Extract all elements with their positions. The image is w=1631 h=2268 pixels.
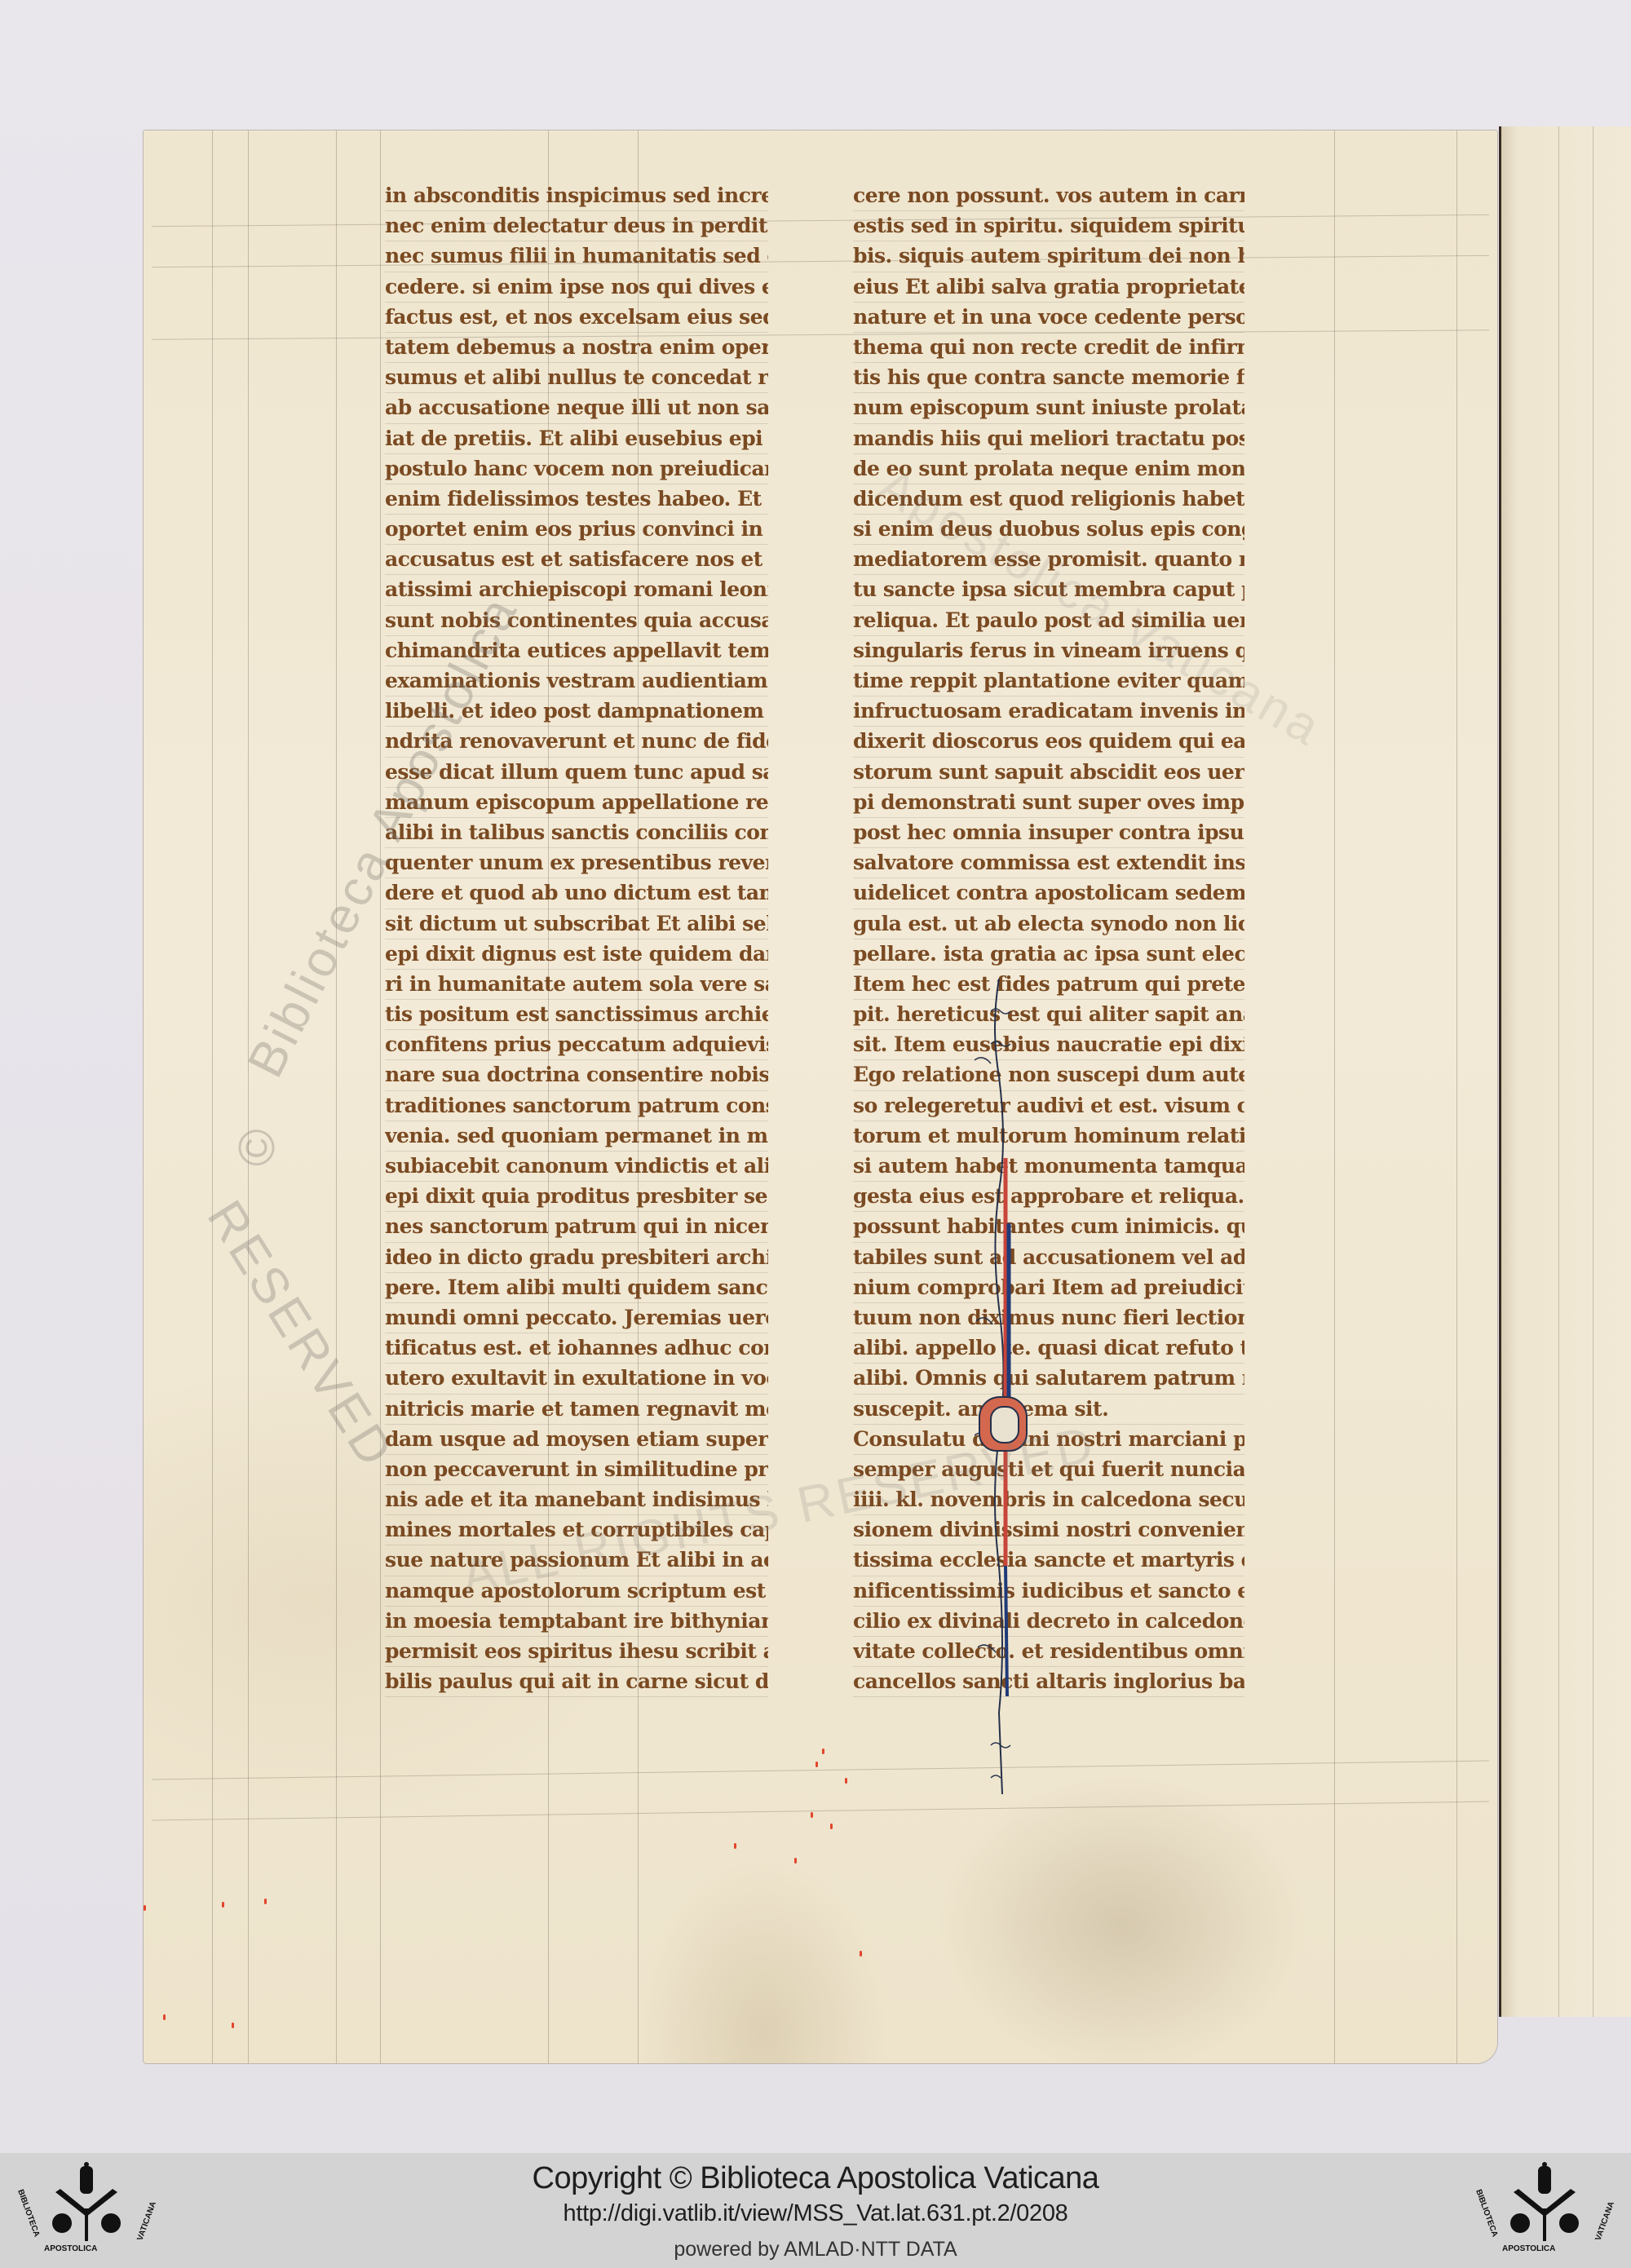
manuscript-line: confitens prius peccatum adquievisset co… bbox=[385, 1030, 768, 1060]
manuscript-line: non peccaverunt in similitudine prevaric… bbox=[385, 1455, 768, 1485]
manuscript-line: tissima ecclesia sancte et martyris eufe… bbox=[853, 1545, 1244, 1576]
manuscript-line: utero exultavit in exultatione in voce d… bbox=[385, 1364, 768, 1394]
manuscript-line: pere. Item alibi multi quidem sanctifica… bbox=[385, 1273, 768, 1303]
manuscript-line: sumus et alibi nullus te concedat recede… bbox=[385, 363, 768, 393]
ruling-line bbox=[336, 130, 337, 2063]
manuscript-line: sit. Item eusebius naucratie epi dixit. bbox=[853, 1030, 1244, 1060]
manuscript-line: accusatus est et satisfacere nos et alib… bbox=[385, 545, 768, 575]
manuscript-line: nium comprobari Item ad preiudicium bbox=[853, 1273, 1244, 1303]
manuscript-line: nitricis marie et tamen regnavit mors ab… bbox=[385, 1395, 768, 1425]
manuscript-line: epi dixit quia proditus presbiter sequit… bbox=[385, 1182, 768, 1212]
manuscript-line: dere et quod ab uno dictum est tamquam a… bbox=[385, 878, 768, 909]
pricking-mark bbox=[734, 1843, 736, 1849]
ruling-line bbox=[152, 255, 1489, 267]
manuscript-line: oportet enim eos prius convinci in quibu… bbox=[385, 515, 768, 545]
manuscript-line: permisit eos spiritus ihesu scribit aute… bbox=[385, 1637, 768, 1667]
manuscript-line: tificatus est. et iohannes adhuc constit… bbox=[385, 1333, 768, 1364]
pricking-mark bbox=[163, 2014, 166, 2020]
manuscript-line: cedere. si enim ipse nos qui dives erat … bbox=[385, 272, 768, 303]
powered-by-text: powered by AMLAD·NTT DATA bbox=[0, 2238, 1631, 2261]
manuscript-line: post hec omnia insuper contra ipsum cust… bbox=[853, 818, 1244, 848]
manuscript-line: alibi in talibus sanctis conciliis conti… bbox=[385, 818, 768, 848]
manuscript-line: gesta eius est approbare et reliqua. Ite… bbox=[853, 1182, 1244, 1212]
manuscript-line: sionem divinissimi nostri convenientibus… bbox=[853, 1515, 1244, 1545]
manuscript-line: pi demonstrati sunt super oves imposuit … bbox=[853, 788, 1244, 818]
manuscript-line: storum sunt sapuit abscidit eos uero qui… bbox=[853, 758, 1244, 788]
manuscript-folio bbox=[144, 130, 1497, 2063]
manuscript-line: gula est. ut ab electa synodo non liceat… bbox=[853, 909, 1244, 939]
pricking-mark bbox=[232, 2023, 234, 2028]
manuscript-line: pit. hereticus est qui aliter sapit anat… bbox=[853, 1000, 1244, 1030]
manuscript-line: Ego relatione non suscepi dum autem in e… bbox=[853, 1060, 1244, 1090]
ruling-line bbox=[152, 1761, 1489, 1780]
manuscript-line: cere non possunt. vos autem in carne non bbox=[853, 181, 1244, 211]
manuscript-line: ab accusatione neque illi ut non satisfa… bbox=[385, 393, 768, 423]
manuscript-line: iat de pretiis. Et alibi eusebius epi di… bbox=[385, 424, 768, 454]
manuscript-line: eius Et alibi salva gratia proprietate u… bbox=[853, 272, 1244, 303]
manuscript-line: traditiones sanctorum patrum consequitur… bbox=[385, 1091, 768, 1121]
pricking-mark bbox=[811, 1812, 813, 1818]
manuscript-line: cilio ex divinali decreto in calcedonens… bbox=[853, 1607, 1244, 1637]
pricking-mark bbox=[815, 1762, 818, 1767]
manuscript-line: manum episcopum appellatione renovavit E… bbox=[385, 788, 768, 818]
copyright-text: Copyright © Biblioteca Apostolica Vatica… bbox=[0, 2161, 1631, 2196]
manuscript-line: sunt nobis continentes quia accusat ar bbox=[385, 606, 768, 636]
manuscript-line: venia. sed quoniam permanet in malignita… bbox=[385, 1121, 768, 1152]
manuscript-line: in absconditis inspicimus sed incrementu… bbox=[385, 181, 768, 211]
manuscript-line: vitate collecto. et residentibus omnibus… bbox=[853, 1637, 1244, 1667]
manuscript-line: nec enim delectatur deus in perditione v… bbox=[385, 211, 768, 241]
manuscript-line: nificentissimis iudicibus et sancto et u… bbox=[853, 1576, 1244, 1607]
pricking-mark bbox=[830, 1824, 833, 1829]
manuscript-line: nes sanctorum patrum qui in nicena conve… bbox=[385, 1212, 768, 1242]
manuscript-line: dam usque ad moysen etiam super eos qui bbox=[385, 1425, 768, 1455]
facing-page-edge bbox=[1499, 126, 1631, 2017]
manuscript-line: bilis paulus qui ait in carne sicut deus… bbox=[385, 1667, 768, 1697]
pen-flourish-border-icon bbox=[975, 979, 1015, 1794]
manuscript-line: sit dictum ut subscribat Et alibi seleuc… bbox=[385, 909, 768, 939]
manuscript-line: nare sua doctrina consentire nobis seque… bbox=[385, 1060, 768, 1090]
manuscript-line: Item hec est fides patrum qui preter ist… bbox=[853, 970, 1244, 1000]
ruling-line bbox=[152, 1802, 1489, 1821]
ruling-line bbox=[1456, 130, 1457, 2063]
manuscript-line: postulo hanc vocem non preiudicare. ego bbox=[385, 454, 768, 484]
manuscript-line: infructuosam eradicatam invenis inno bbox=[853, 696, 1244, 727]
manuscript-line: si autem habet monumenta tamquam appetit… bbox=[853, 1152, 1244, 1182]
ruling-line bbox=[1558, 126, 1559, 2017]
ruling-line bbox=[1593, 126, 1593, 2017]
manuscript-line: in moesia temptabant ire bithyniam et no… bbox=[385, 1607, 768, 1637]
manuscript-line: epi dixit dignus est iste quidem dampna bbox=[385, 939, 768, 970]
pricking-mark bbox=[144, 1905, 146, 1911]
pricking-mark bbox=[264, 1899, 267, 1904]
manuscript-line: alibi. Omnis qui salutarem patrum non bbox=[853, 1364, 1244, 1394]
manuscript-line: pellare. ista gratia ac ipsa sunt electi… bbox=[853, 939, 1244, 970]
pricking-mark bbox=[794, 1858, 797, 1863]
manuscript-line: alibi. appello te. quasi dicat refuto te… bbox=[853, 1333, 1244, 1364]
manuscript-line: salvatore commissa est extendit insaniam bbox=[853, 848, 1244, 878]
manuscript-line: quenter unum ex presentibus reverentissi… bbox=[385, 848, 768, 878]
manuscript-line: mundi omni peccato. Jeremias uero ex ute… bbox=[385, 1303, 768, 1333]
source-url[interactable]: http://digi.vatlib.it/view/MSS_Vat.lat.6… bbox=[0, 2200, 1631, 2227]
manuscript-line: tis his que contra sancte memorie flavia bbox=[853, 363, 1244, 393]
text-column-left: in absconditis inspicimus sed incrementu… bbox=[385, 181, 768, 1697]
manuscript-line: possunt habitantes cum inimicis. quia su… bbox=[853, 1212, 1244, 1242]
manuscript-line: nature et in una voce cedente persona an… bbox=[853, 303, 1244, 333]
manuscript-line: num episcopum sunt iniuste prolata et co… bbox=[853, 393, 1244, 423]
ruling-line bbox=[380, 130, 381, 2063]
manuscript-line: tatem debemus a nostra enim opera dei. s… bbox=[385, 333, 768, 363]
manuscript-line: tuum non diximus nunc fieri lectionem. e… bbox=[853, 1303, 1244, 1333]
pricking-mark bbox=[822, 1749, 824, 1754]
manuscript-line: mandis hiis qui meliori tractatu postea bbox=[853, 424, 1244, 454]
manuscript-line: subiacebit canonum vindictis et alibi pa… bbox=[385, 1152, 768, 1182]
manuscript-line: uidelicet contra apostolicam sedem et re… bbox=[853, 878, 1244, 909]
ruling-line bbox=[212, 130, 213, 2063]
watermark-copyright-symbol: © bbox=[228, 1125, 286, 1166]
manuscript-line: torum et multorum hominum relationes hab… bbox=[853, 1121, 1244, 1152]
ruling-line bbox=[248, 130, 249, 2063]
pricking-mark bbox=[845, 1778, 847, 1784]
manuscript-line: atissimi archiepiscopi romani leonis ins… bbox=[385, 575, 768, 605]
pricking-mark bbox=[860, 1951, 862, 1956]
manuscript-line: thema qui non recte credit de infirmita bbox=[853, 333, 1244, 363]
manuscript-line: tis positum est sanctissimus archiepisco… bbox=[385, 1000, 768, 1030]
manuscript-line: factus est, et nos excelsam eius sequi p… bbox=[385, 303, 768, 333]
manuscript-line: bis. siquis autem spiritum dei non habet… bbox=[853, 241, 1244, 272]
ruling-line bbox=[152, 329, 1489, 339]
copyright-footer: BIBLIOTECA APOSTOLICA VATICANA BIBLIOTEC… bbox=[0, 2153, 1631, 2268]
manuscript-line: cancellos sancti altaris inglorius bassi… bbox=[853, 1667, 1244, 1697]
ruling-line bbox=[1334, 130, 1335, 2063]
pricking-mark bbox=[222, 1902, 224, 1908]
manuscript-line: so relegeretur audivi et est. visum caus… bbox=[853, 1091, 1244, 1121]
manuscript-line: estis sed in spiritu. siquidem spiritus … bbox=[853, 211, 1244, 241]
manuscript-line: tabiles sunt ad accusationem vel ad test… bbox=[853, 1243, 1244, 1273]
manuscript-line: dixerit dioscorus eos quidem qui ea que … bbox=[853, 727, 1244, 757]
manuscript-line: enim fidelissimos testes habeo. Et alibi bbox=[385, 484, 768, 515]
manuscript-line: ideo in dicto gradu presbiteri archimand… bbox=[385, 1243, 768, 1273]
ruling-line bbox=[152, 214, 1489, 227]
manuscript-line: ri in humanitate autem sola vere sanctit… bbox=[385, 970, 768, 1000]
manuscript-line: suscepit. anathema sit. bbox=[853, 1395, 1244, 1425]
manuscript-line: nec sumus filii in humanitatis sed dem bbox=[385, 241, 768, 272]
